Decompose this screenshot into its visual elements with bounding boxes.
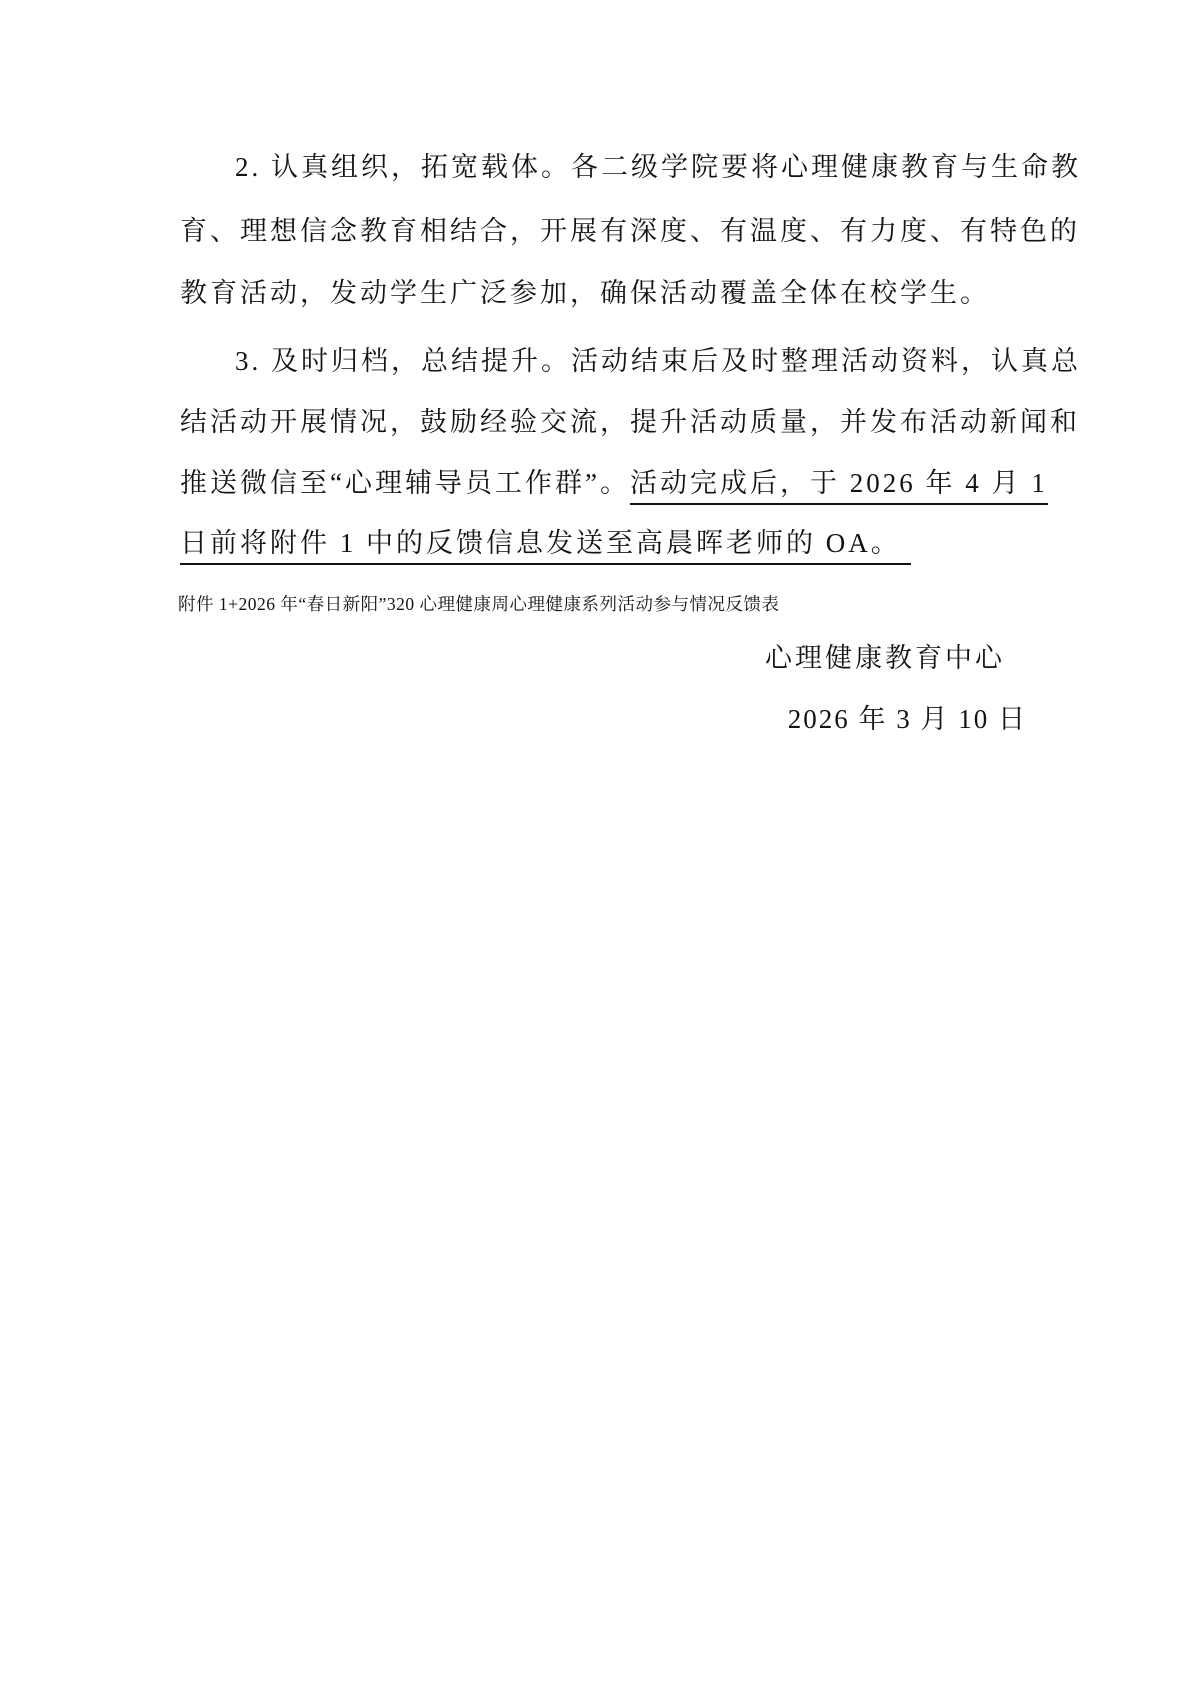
paragraph-3-line-2: 结活动开展情况，鼓励经验交流，提升活动质量，并发布活动新闻和 (180, 405, 1060, 439)
document-page: 2. 认真组织，拓宽载体。各二级学院要将心理健康教育与生命教 育、理想信念教育相… (0, 0, 1191, 1684)
paragraph-3-line-1: 3. 及时归档，总结提升。活动结束后及时整理活动资料，认真总 (180, 344, 1115, 378)
attachment-note: 附件 1+2026 年“春日新阳”320 心理健康周心理健康系列活动参与情况反馈… (178, 593, 1078, 615)
paragraph-3-line-4: 日前将附件 1 中的反馈信息发送至高晨晖老师的 OA。 (180, 526, 1060, 560)
paragraph-2-line-3: 教育活动，发动学生广泛参加，确保活动覆盖全体在校学生。 (180, 276, 1060, 310)
deadline-underlined-text-end: 日前将附件 1 中的反馈信息发送至高晨晖老师的 OA。 (180, 528, 911, 565)
signature-date: 2026 年 3 月 10 日 (788, 702, 1027, 736)
deadline-underlined-text-start: 活动完成后，于 2026 年 4 月 1 (630, 468, 1048, 505)
paragraph-3-line-3: 推送微信至“心理辅导员工作群”。活动完成后，于 2026 年 4 月 1 (180, 466, 1060, 500)
paragraph-3-line-3-normal-text: 推送微信至“心理辅导员工作群”。 (180, 468, 630, 498)
paragraph-2-line-1: 2. 认真组织，拓宽载体。各二级学院要将心理健康教育与生命教 (180, 150, 1115, 184)
signature-org: 心理健康教育中心 (765, 641, 1005, 675)
paragraph-2-line-2: 育、理想信念教育相结合，开展有深度、有温度、有力度、有特色的 (180, 214, 1060, 248)
